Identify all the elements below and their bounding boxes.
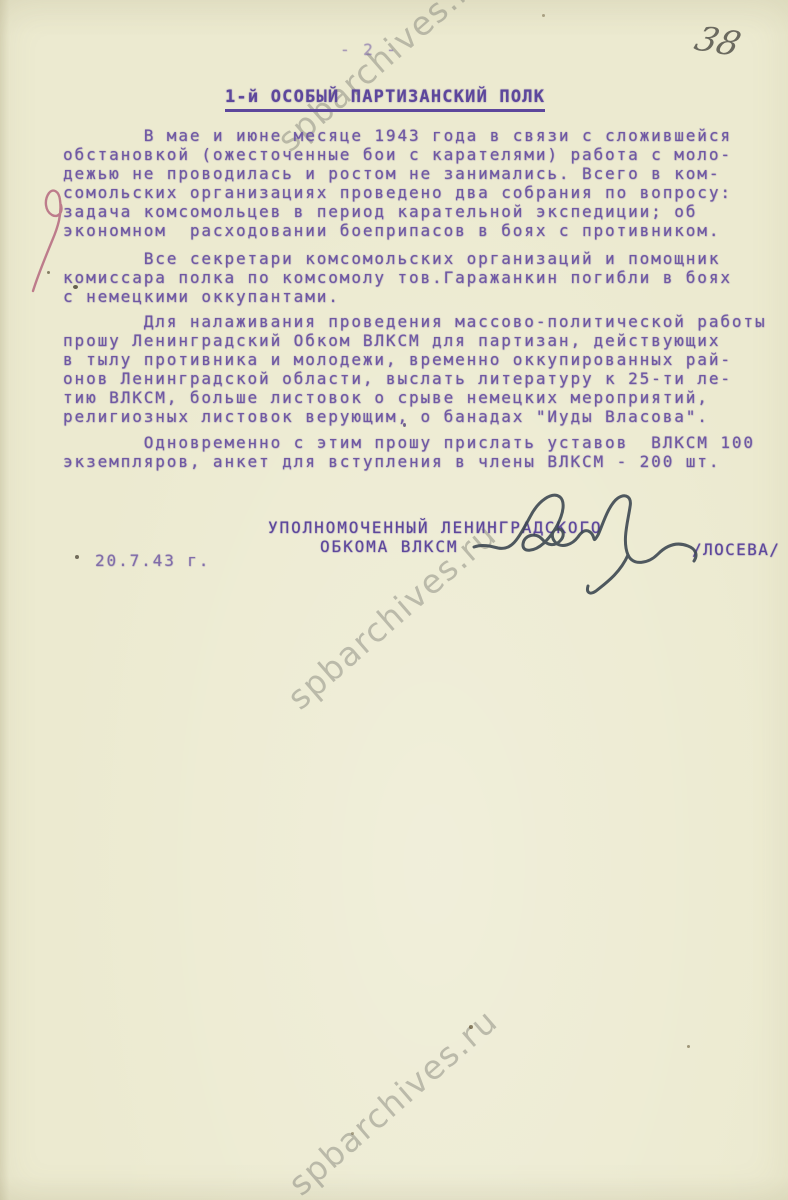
paragraph-4: Одновременно с этим прошу прислать устав… <box>63 433 755 471</box>
paragraph-1: В мае и июне месяце 1943 года в связи с … <box>63 126 732 240</box>
document-title: 1-й ОСОБЫЙ ПАРТИЗАНСКИЙ ПОЛК <box>225 88 545 112</box>
signature-title-line1: УПОЛНОМОЧЕННЫЙ ЛЕНИНГРАДСКОГО <box>268 518 602 537</box>
signature-typed-name: /ЛОСЕВА/ <box>692 540 780 559</box>
paragraph-3: Для налаживания проведения массово-полит… <box>63 312 767 426</box>
date: 20.7.43 г. <box>95 551 210 570</box>
paper-speck <box>73 285 78 289</box>
page-marker: - 2 - <box>340 40 398 59</box>
paper-speck <box>687 1045 690 1048</box>
paper-speck <box>75 555 79 559</box>
watermark-bottom: spbarchives.ru <box>281 1001 505 1200</box>
scanned-document-page: spbarchives.ru spbarchives.ru spbarchive… <box>0 0 788 1200</box>
handwritten-page-number: 38 <box>690 19 746 64</box>
paper-speck <box>351 1132 354 1135</box>
paper-speck <box>542 14 545 17</box>
paper-speck <box>469 1025 473 1029</box>
paper-speck <box>403 423 406 427</box>
paragraph-2: Все секретари комсомольских организаций … <box>63 249 732 306</box>
handwritten-signature <box>460 483 710 608</box>
signature-title-line2: ОБКОМА ВЛКСМ <box>320 537 458 556</box>
paper-speck <box>47 271 50 274</box>
